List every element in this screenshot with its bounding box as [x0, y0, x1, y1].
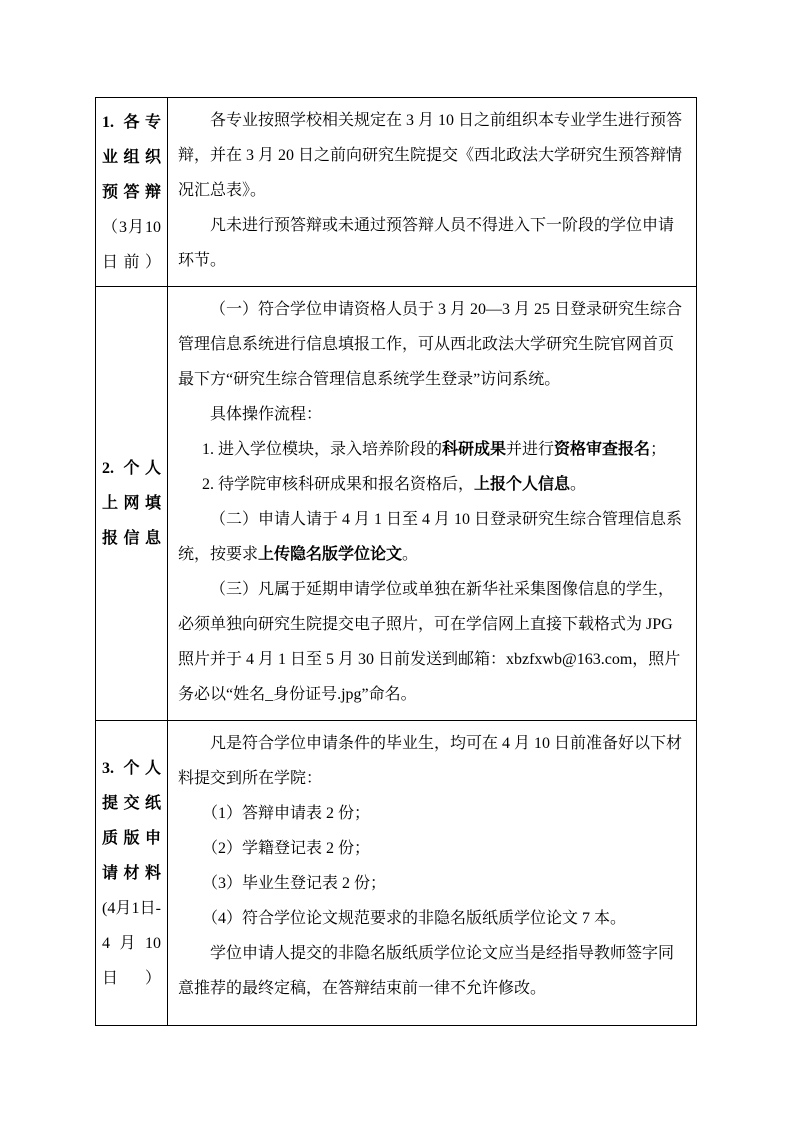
- bold-text-run: 2. 个人上网填报信息: [102, 460, 161, 547]
- paragraph: 1. 进入学位模块，录入培养阶段的科研成果并进行资格审查报名；: [178, 432, 686, 467]
- paragraph: （4）符合学位论文规范要求的非隐名版纸质学位论文 7 本。: [178, 901, 686, 936]
- step-content-cell: 凡是符合学位申请条件的毕业生，均可在 4 月 10 日前准备好以下材料提交到所在…: [168, 721, 696, 1025]
- step-label-cell: 2. 个人上网填报信息: [96, 287, 168, 720]
- paragraph: （2）学籍登记表 2 份；: [178, 831, 686, 866]
- text-run: 1. 进入学位模块，录入培养阶段的: [202, 441, 442, 458]
- bold-text-run: 上报个人信息: [474, 476, 570, 493]
- paragraph: 2. 待学院审核科研成果和报名资格后，上报个人信息。: [178, 467, 686, 502]
- text-run: 。: [570, 476, 586, 493]
- procedure-table: 1. 各专业组织预答辩（3月10日前）各专业按照学校相关规定在 3 月 10 日…: [95, 97, 697, 1026]
- paragraph: 各专业按照学校相关规定在 3 月 10 日之前组织本专业学生进行预答辩，并在 3…: [178, 103, 686, 208]
- bold-text-run: 上传隐名版学位论文: [258, 546, 402, 563]
- text-run: 凡是符合学位申请条件的毕业生，均可在 4 月 10 日前准备好以下材料提交到所在…: [178, 735, 682, 787]
- paragraph: （二）申请人请于 4 月 1 日至 4 月 10 日登录研究生综合管理信息系统，…: [178, 502, 686, 572]
- text-run: （一）符合学位申请资格人员于 3 月 20—3 月 25 日登录研究生综合管理信…: [178, 301, 682, 388]
- text-run: 2. 待学院审核科研成果和报名资格后，: [202, 476, 474, 493]
- text-run: (4月1日-4月10日）: [102, 900, 161, 987]
- text-run: （三）凡属于延期申请学位或单独在新华社采集图像信息的学生，必须单独向研究生院提交…: [178, 581, 680, 703]
- text-run: 学位申请人提交的非隐名版纸质学位论文应当是经指导教师签字同意推荐的最终定稿，在答…: [178, 945, 674, 997]
- table-row: 3. 个人提交纸质版申请材料(4月1日-4月10日）凡是符合学位申请条件的毕业生…: [96, 721, 696, 1025]
- text-run: （3月10日前）: [102, 219, 161, 271]
- paragraph: （3）毕业生登记表 2 份；: [178, 866, 686, 901]
- step-content-cell: （一）符合学位申请资格人员于 3 月 20—3 月 25 日登录研究生综合管理信…: [168, 287, 696, 720]
- text-run: 具体操作流程：: [210, 406, 322, 423]
- bold-text-run: 科研成果: [442, 441, 506, 458]
- text-run: （2）学籍登记表 2 份；: [202, 840, 370, 857]
- bold-text-run: 1. 各专业组织预答辩: [102, 114, 161, 201]
- text-run: 凡未进行预答辩或未通过预答辩人员不得进入下一阶段的学位申请环节。: [178, 217, 674, 269]
- text-run: （4）符合学位论文规范要求的非隐名版纸质学位论文 7 本。: [202, 910, 626, 927]
- step-label: 3. 个人提交纸质版申请材料(4月1日-4月10日）: [102, 751, 161, 996]
- paragraph: （1）答辩申请表 2 份；: [178, 796, 686, 831]
- table-row: 1. 各专业组织预答辩（3月10日前）各专业按照学校相关规定在 3 月 10 日…: [96, 98, 696, 287]
- paragraph: 学位申请人提交的非隐名版纸质学位论文应当是经指导教师签字同意推荐的最终定稿，在答…: [178, 936, 686, 1006]
- paragraph: （三）凡属于延期申请学位或单独在新华社采集图像信息的学生，必须单独向研究生院提交…: [178, 572, 686, 712]
- text-run: 。: [402, 546, 418, 563]
- text-run: （二）申请人请于 4 月 1 日至 4 月 10 日登录研究生综合管理信息系统，…: [178, 511, 682, 563]
- step-content-cell: 各专业按照学校相关规定在 3 月 10 日之前组织本专业学生进行预答辩，并在 3…: [168, 98, 696, 286]
- paragraph: 凡是符合学位申请条件的毕业生，均可在 4 月 10 日前准备好以下材料提交到所在…: [178, 726, 686, 796]
- table-row: 2. 个人上网填报信息（一）符合学位申请资格人员于 3 月 20—3 月 25 …: [96, 287, 696, 721]
- text-run: 并进行: [506, 441, 554, 458]
- text-run: （3）毕业生登记表 2 份；: [202, 875, 386, 892]
- text-run: 各专业按照学校相关规定在 3 月 10 日之前组织本专业学生进行预答辩，并在 3…: [178, 112, 682, 199]
- step-label-cell: 1. 各专业组织预答辩（3月10日前）: [96, 98, 168, 286]
- step-label-cell: 3. 个人提交纸质版申请材料(4月1日-4月10日）: [96, 721, 168, 1025]
- paragraph: 具体操作流程：: [178, 397, 686, 432]
- step-label: 2. 个人上网填报信息: [102, 451, 161, 556]
- bold-text-run: 资格审查报名: [554, 441, 650, 458]
- paragraph: 凡未进行预答辩或未通过预答辩人员不得进入下一阶段的学位申请环节。: [178, 208, 686, 278]
- text-run: ；: [650, 441, 666, 458]
- document-page: 1. 各专业组织预答辩（3月10日前）各专业按照学校相关规定在 3 月 10 日…: [0, 0, 793, 1122]
- step-label: 1. 各专业组织预答辩（3月10日前）: [102, 105, 161, 280]
- bold-text-run: 3. 个人提交纸质版申请材料: [102, 760, 161, 882]
- text-run: （1）答辩申请表 2 份；: [202, 805, 370, 822]
- paragraph: （一）符合学位申请资格人员于 3 月 20—3 月 25 日登录研究生综合管理信…: [178, 292, 686, 397]
